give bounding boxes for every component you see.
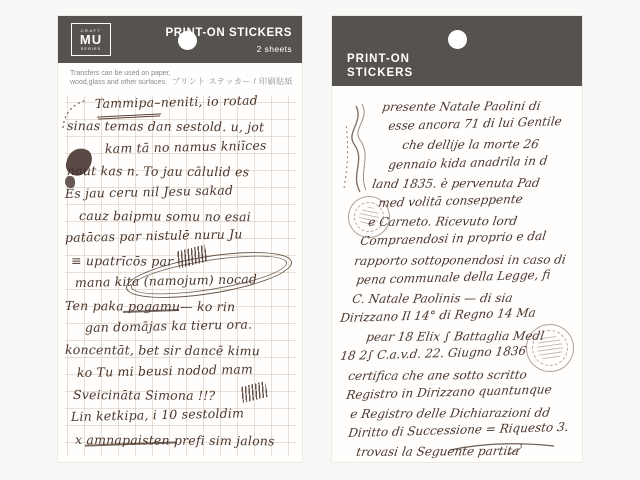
right-title-line2: STICKERS xyxy=(347,66,413,80)
manuscript-line: patācas par nistulē nuru Ju xyxy=(65,226,296,253)
right-title-line1: PRINT-ON xyxy=(347,52,413,66)
manuscript-line: Tammipa–neniti, io rotad xyxy=(95,92,296,119)
logo-bottom-text: SERIES xyxy=(81,46,102,52)
manuscript-line: mana kita (namojum) nocad xyxy=(75,270,296,297)
japanese-product-name: プリント ステッカー / 印刷貼紙 xyxy=(172,76,293,87)
right-sticker-sheet: PRINT-ON STICKERS presente Natale Paolin… xyxy=(331,15,583,463)
left-product-title: PRINT-ON STICKERS xyxy=(166,27,293,39)
mu-brand-logo: CRAFT MU SERIES xyxy=(71,23,111,56)
left-manuscript-paper: Tammipa–neniti, io rotad sinas temas dan… xyxy=(65,96,296,456)
usage-note: Transfers can be used on paper, wood,gla… xyxy=(70,69,171,87)
manuscript-line: gan domājas ka tieru ora. xyxy=(85,315,296,342)
logo-main-text: MU xyxy=(80,33,102,46)
usage-note-line1: Transfers can be used on paper, xyxy=(70,69,171,78)
product-photo: CRAFT MU SERIES PRINT-ON STICKERS 2 shee… xyxy=(0,0,640,480)
manuscript-line: trovasi la Seguente partita xyxy=(355,444,580,465)
right-manuscript-paper: presente Natale Paolini di esse ancora 7… xyxy=(338,86,578,458)
manuscript-line: ko Tu mi beusi nodod mam xyxy=(77,360,296,387)
manuscript-line: Lin ketkipa, i 10 sestoldim xyxy=(71,405,296,432)
left-sticker-sheet: CRAFT MU SERIES PRINT-ON STICKERS 2 shee… xyxy=(57,15,303,463)
right-product-title: PRINT-ON STICKERS xyxy=(347,52,413,80)
manuscript-line: kam tā no namus kniīces xyxy=(105,137,296,163)
manuscript-line: Es jau ceru nil Jesu sakad xyxy=(65,181,296,208)
right-header-band: PRINT-ON STICKERS xyxy=(332,16,582,86)
manuscript-line: x amnapaisten prefi sim jalons xyxy=(75,432,296,456)
usage-note-line2: wood,glass and other surfaces. xyxy=(70,78,171,87)
manuscript-line: esse ancora 71 di lui Gentile xyxy=(387,114,579,139)
hang-hole xyxy=(448,30,467,49)
left-header-band: CRAFT MU SERIES PRINT-ON STICKERS 2 shee… xyxy=(58,16,302,63)
left-sheet-count: 2 sheets xyxy=(257,44,292,54)
